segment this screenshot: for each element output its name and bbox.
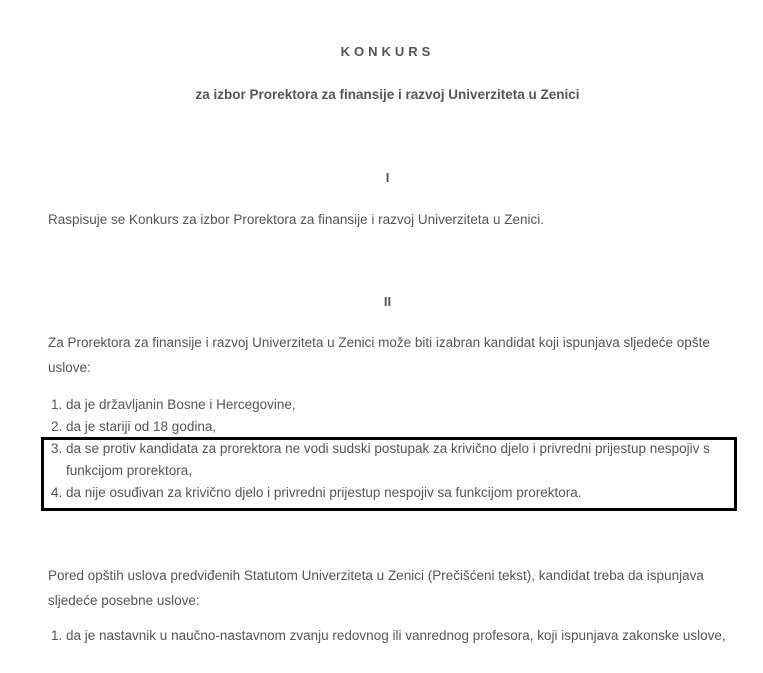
document-subtitle: za izbor Prorektora za finansije i razvo…	[0, 87, 763, 102]
section-number-1: I	[0, 170, 763, 185]
list-item: da je stariji od 18 godina,	[66, 416, 756, 438]
document-title: KONKURS	[0, 44, 763, 59]
list-item: da je nastavnik u naučno-nastavnom zvanj…	[66, 625, 756, 647]
special-conditions-paragraph: Pored opštih uslova predviđenih Statutom…	[48, 563, 738, 613]
special-conditions-list: da je nastavnik u naučno-nastavnom zvanj…	[48, 625, 756, 647]
section-2-paragraph: Za Prorektora za finansije i razvoj Univ…	[48, 330, 738, 380]
section-1-paragraph: Raspisuje se Konkurs za izbor Prorektora…	[48, 207, 738, 232]
list-item: da je državljanin Bosne i Hercegovine,	[66, 394, 756, 416]
section-number-2: II	[0, 294, 763, 309]
highlight-box	[41, 437, 737, 511]
